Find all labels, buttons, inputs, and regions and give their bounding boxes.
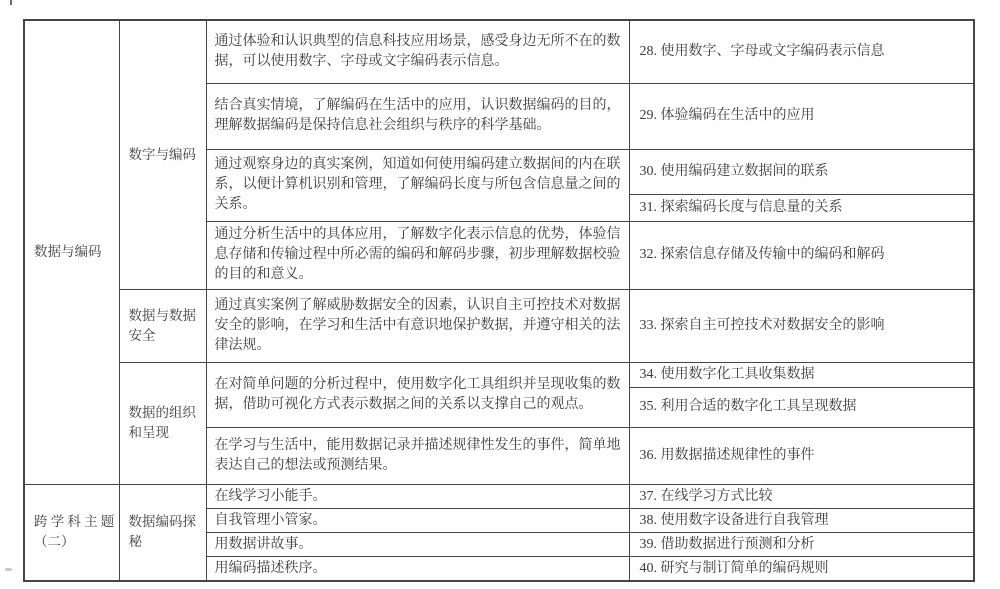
content-cell-desc-36: 在学习与生活中，能用数据记录并描述规律性发生的事件，简单地表达自己的想法或预测结…: [206, 427, 629, 484]
outcome-cell-33: 33. 探索自主可控技术对数据安全的影响: [629, 289, 974, 362]
outcome-cell-29: 29. 体验编码在生活中的应用: [629, 83, 974, 149]
outcome-cell-36: 36. 用数据描述规律性的事件: [629, 427, 974, 484]
content-cell-theme-40: 用编码描述秩序。: [206, 556, 629, 581]
outcome-cell-37: 37. 在线学习方式比较: [629, 484, 974, 508]
domain-cell-cross-disciplinary-theme-2: 跨学科主题 （二）: [24, 484, 119, 581]
topic-cell-data-coding-exploration: 数据编码探秘: [119, 484, 206, 581]
outcome-cell-38: 38. 使用数字设备进行自我管理: [629, 508, 974, 532]
outcome-cell-32: 32. 探索信息存储及传输中的编码和解码: [629, 221, 974, 289]
domain-line-2: （二）: [34, 532, 113, 552]
scan-artifact-top-left: [10, 0, 12, 5]
outcome-cell-30: 30. 使用编码建立数据间的联系: [629, 149, 974, 194]
topic-cell-data-organization: 数据的组织和呈现: [119, 362, 206, 484]
outcome-cell-40: 40. 研究与制订简单的编码规则: [629, 556, 974, 581]
outcome-cell-28: 28. 使用数字、字母或文字编码表示信息: [629, 20, 974, 83]
content-cell-theme-39: 用数据讲故事。: [206, 532, 629, 556]
scanned-document-page: 数据与编码 数字与编码 通过体验和认识典型的信息科技应用场景，感受身边无所不在的…: [0, 0, 1000, 589]
content-cell-desc-29: 结合真实情境，了解编码在生活中的应用，认识数据编码的目的，理解数据编码是保持信息…: [206, 83, 629, 149]
content-cell-theme-38: 自我管理小管家。: [206, 508, 629, 532]
content-cell-theme-37: 在线学习小能手。: [206, 484, 629, 508]
topic-cell-digits-and-coding: 数字与编码: [119, 20, 206, 289]
scan-artifact-bottom-left: [5, 568, 12, 571]
curriculum-table: 数据与编码 数字与编码 通过体验和认识典型的信息科技应用场景，感受身边无所不在的…: [23, 19, 975, 582]
topic-cell-data-security: 数据与数据安全: [119, 289, 206, 362]
domain-line-1: 跨学科主题: [34, 512, 116, 532]
content-cell-desc-32: 通过分析生活中的具体应用，了解数字化表示信息的优势，体验信息存储和传输过程中所必…: [206, 221, 629, 289]
domain-cell-data-and-coding: 数据与编码: [24, 20, 119, 484]
content-cell-desc-34-35: 在对简单问题的分析过程中，使用数字化工具组织并呈现收集的数据，借助可视化方式表示…: [206, 362, 629, 427]
content-cell-desc-28: 通过体验和认识典型的信息科技应用场景，感受身边无所不在的数据，可以使用数字、字母…: [206, 20, 629, 83]
content-cell-desc-30-31: 通过观察身边的真实案例，知道如何使用编码建立数据间的内在联系，以便计算机识别和管…: [206, 149, 629, 221]
outcome-cell-39: 39. 借助数据进行预测和分析: [629, 532, 974, 556]
outcome-cell-35: 35. 利用合适的数字化工具呈现数据: [629, 387, 974, 427]
outcome-cell-31: 31. 探索编码长度与信息量的关系: [629, 194, 974, 221]
content-cell-desc-33: 通过真实案例了解威胁数据安全的因素，认识自主可控技术对数据安全的影响，在学习和生…: [206, 289, 629, 362]
outcome-cell-34: 34. 使用数字化工具收集数据: [629, 362, 974, 387]
